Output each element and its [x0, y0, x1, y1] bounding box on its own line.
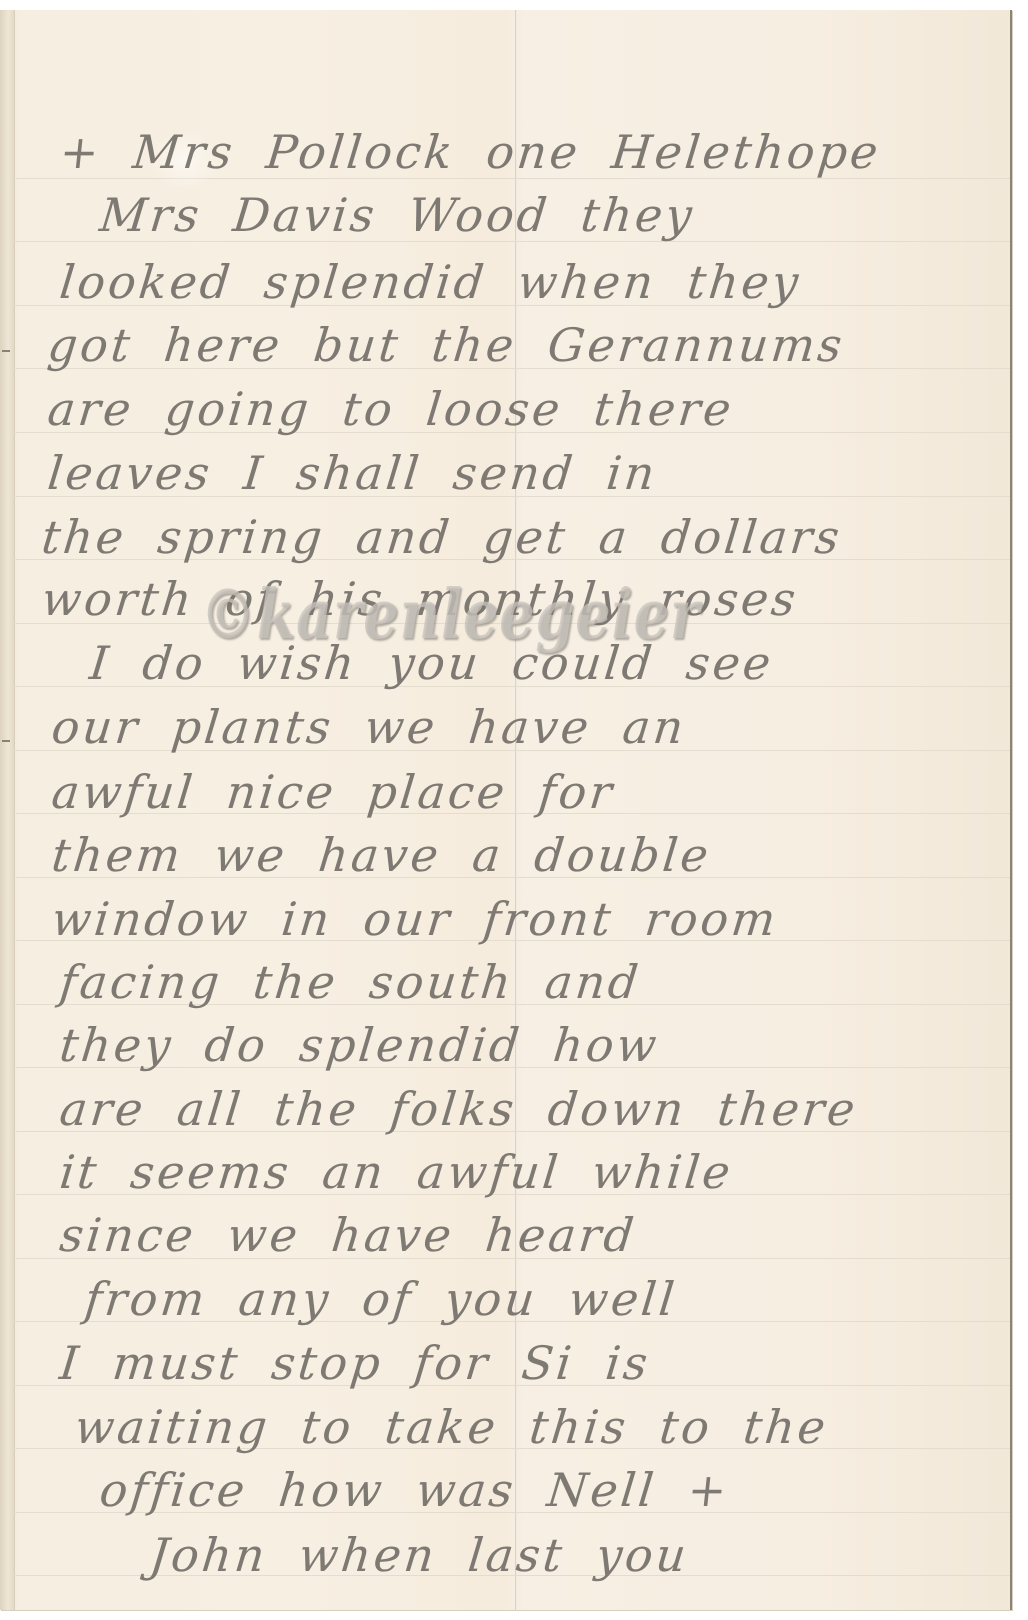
text-line: John when last you: [147, 1528, 691, 1582]
letter-page: + Mrs Pollock one Helethope Mrs Davis Wo…: [0, 10, 1012, 1610]
text-line: got here but the Gerannums: [45, 318, 847, 372]
text-line: are going to loose there: [45, 382, 736, 436]
text-line: window in our front room: [49, 892, 781, 946]
text-line: they do splendid how: [57, 1018, 662, 1072]
text-line: our plants we have an: [49, 700, 689, 754]
text-line: the spring and get a dollars: [39, 510, 845, 564]
text-line: I must stop for Si is: [57, 1336, 653, 1390]
text-line: are all the folks down there: [57, 1082, 860, 1136]
text-line: them we have a double: [49, 828, 714, 882]
text-line: awful nice place for: [49, 765, 617, 819]
text-line: + Mrs Pollock one Helethope: [57, 125, 883, 179]
handwritten-text: + Mrs Pollock one Helethope Mrs Davis Wo…: [0, 10, 1010, 1610]
text-line: looked splendid when they: [57, 255, 804, 309]
text-line: office how was Nell +: [97, 1463, 732, 1517]
text-line: since we have heard: [57, 1208, 639, 1262]
text-line: from any of you well: [82, 1272, 680, 1326]
copyright-watermark: ©karenleegeier: [200, 575, 700, 655]
text-line: leaves I shall send in: [45, 446, 660, 500]
text-line: it seems an awful while: [57, 1145, 736, 1199]
text-line: facing the south and: [57, 955, 643, 1009]
text-line: Mrs Davis Wood they: [97, 188, 697, 242]
text-line: waiting to take this to the: [72, 1400, 831, 1454]
